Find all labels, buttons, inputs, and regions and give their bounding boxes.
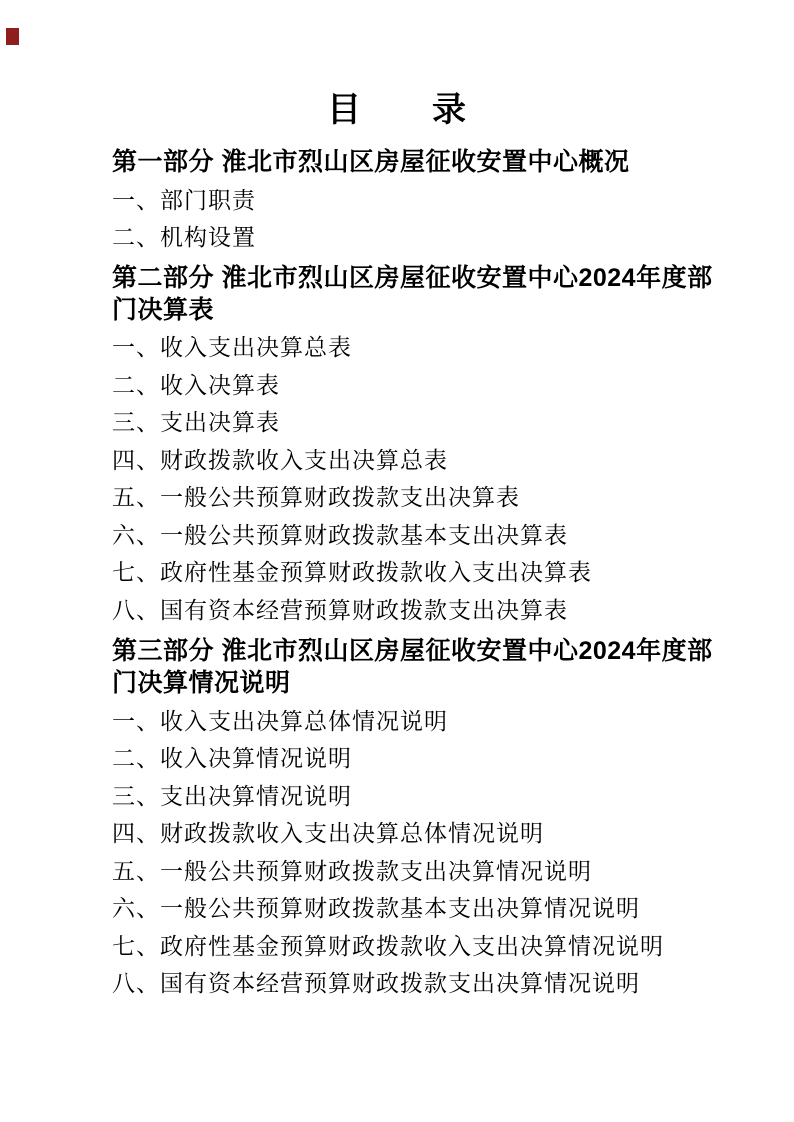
section-3-heading: 第三部分 淮北市烈山区房屋征收安置中心2024年度部 门决算情况说明 bbox=[112, 635, 734, 699]
toc-item: 六、一般公共预算财政拨款基本支出决算情况说明 bbox=[112, 894, 734, 924]
section-3-heading-line: 第三部分 淮北市烈山区房屋征收安置中心2024年度部 bbox=[112, 635, 734, 667]
toc-item: 五、一般公共预算财政拨款支出决算情况说明 bbox=[112, 857, 734, 887]
toc-item: 一、收入支出决算总表 bbox=[112, 333, 734, 363]
toc-item: 八、国有资本经营预算财政拨款支出决算表 bbox=[112, 596, 734, 626]
toc-content: 第一部分 淮北市烈山区房屋征收安置中心概况 一、部门职责 二、机构设置 第二部分… bbox=[112, 146, 734, 999]
toc-item: 六、一般公共预算财政拨款基本支出决算表 bbox=[112, 521, 734, 551]
toc-item: 二、收入决算表 bbox=[112, 371, 734, 401]
section-1-heading-line: 第一部分 淮北市烈山区房屋征收安置中心概况 bbox=[112, 146, 734, 178]
section-2-heading-line: 门决算表 bbox=[112, 294, 734, 326]
section-part-2: 第二部分 淮北市烈山区房屋征收安置中心2024年度部 门决算表 一、收入支出决算… bbox=[112, 262, 734, 626]
toc-item: 二、机构设置 bbox=[112, 223, 734, 253]
toc-item: 一、收入支出决算总体情况说明 bbox=[112, 707, 734, 737]
red-corner-mark bbox=[6, 28, 19, 45]
toc-page: 目 录 第一部分 淮北市烈山区房屋征收安置中心概况 一、部门职责 二、机构设置 … bbox=[0, 0, 794, 1122]
toc-item: 一、部门职责 bbox=[112, 186, 734, 216]
toc-item: 八、国有资本经营预算财政拨款支出决算情况说明 bbox=[112, 969, 734, 999]
section-part-1: 第一部分 淮北市烈山区房屋征收安置中心概况 一、部门职责 二、机构设置 bbox=[112, 146, 734, 253]
section-part-3: 第三部分 淮北市烈山区房屋征收安置中心2024年度部 门决算情况说明 一、收入支… bbox=[112, 635, 734, 999]
toc-item: 四、财政拨款收入支出决算总表 bbox=[112, 446, 734, 476]
toc-item: 二、收入决算情况说明 bbox=[112, 744, 734, 774]
section-1-heading: 第一部分 淮北市烈山区房屋征收安置中心概况 bbox=[112, 146, 734, 178]
toc-item: 三、支出决算表 bbox=[112, 408, 734, 438]
toc-item: 三、支出决算情况说明 bbox=[112, 782, 734, 812]
section-2-heading-line: 第二部分 淮北市烈山区房屋征收安置中心2024年度部 bbox=[112, 262, 734, 294]
toc-item: 七、政府性基金预算财政拨款收入支出决算表 bbox=[112, 558, 734, 588]
section-3-heading-line: 门决算情况说明 bbox=[112, 667, 734, 699]
section-2-heading: 第二部分 淮北市烈山区房屋征收安置中心2024年度部 门决算表 bbox=[112, 262, 734, 326]
toc-item: 四、财政拨款收入支出决算总体情况说明 bbox=[112, 819, 734, 849]
toc-item: 七、政府性基金预算财政拨款收入支出决算情况说明 bbox=[112, 932, 734, 962]
toc-item: 五、一般公共预算财政拨款支出决算表 bbox=[112, 483, 734, 513]
page-title: 目 录 bbox=[0, 92, 794, 128]
